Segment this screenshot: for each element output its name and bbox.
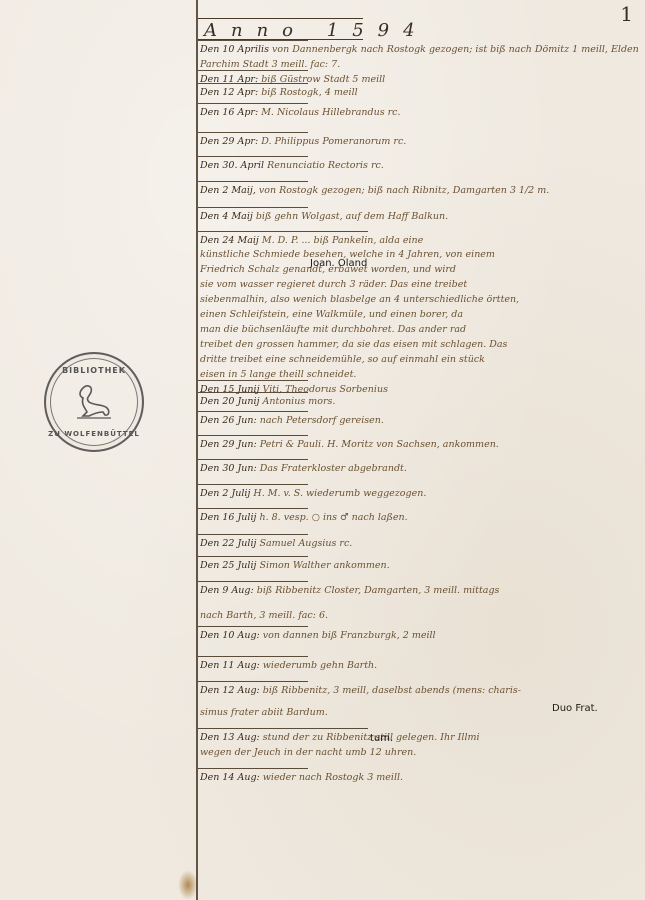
entry-text: eisen in 5 lange theill schneidet. xyxy=(200,369,356,380)
entry-rule xyxy=(198,581,308,582)
entry-rule xyxy=(198,411,308,412)
library-stamp: BIBLIOTHEK ZU WOLFENBÜTTEL xyxy=(44,352,144,452)
marginal-gloss: tum. xyxy=(370,733,393,744)
entry-text: biß Ribbenitz, 3 meill, daselbst abends … xyxy=(263,685,521,696)
stamp-text-bottom: ZU WOLFENBÜTTEL xyxy=(46,430,142,438)
entry-date: Den 10 Aprilis xyxy=(200,44,272,55)
entry-text: M. D. P. ... biß Pankelin, alda eine xyxy=(262,235,423,246)
diary-entry: Den 29 Apr: D. Philippus Pomeranorum rc. xyxy=(200,134,639,149)
diary-entry: man die büchsenläufte mit durchbohret. D… xyxy=(200,322,639,337)
entry-date: Den 29 Jun: xyxy=(200,439,260,450)
diary-entry: Den 2 Maij, von Rostogk gezogen; biß nac… xyxy=(200,183,639,198)
entry-text: von Rostogk gezogen; biß nach Ribnitz, D… xyxy=(259,185,549,196)
entry-date: Den 2 Julij xyxy=(200,488,253,499)
diary-entry: Den 30 Jun: Das Fraterkloster abgebrandt… xyxy=(200,461,639,476)
entry-date: Den 11 Aug: xyxy=(200,660,263,671)
binding-stain xyxy=(178,870,198,900)
diary-entry: Den 29 Jun: Petri & Pauli. H. Moritz von… xyxy=(200,437,639,452)
diary-entry: Den 12 Aug: biß Ribbenitz, 3 meill, dase… xyxy=(200,683,639,698)
entry-date: Den 20 Junij xyxy=(200,396,263,407)
entry-date: Den 16 Julij xyxy=(200,512,259,523)
entry-date: Den 30 Jun: xyxy=(200,463,260,474)
diary-entry: sie vom wasser regieret durch 3 räder. D… xyxy=(200,277,639,292)
diary-entry: Den 11 Aug: wiederumb gehn Barth. xyxy=(200,658,639,673)
entry-text: sie vom wasser regieret durch 3 räder. D… xyxy=(200,279,467,290)
entry-text: H. M. v. S. wiederumb weggezogen. xyxy=(253,488,426,499)
diary-entry: wegen der Jeuch in der nacht umb 12 uhre… xyxy=(200,745,639,760)
entry-rule xyxy=(198,40,308,41)
entry-date: Den 29 Apr: xyxy=(200,136,261,147)
entry-text: nach Barth, 3 meill. fac: 6. xyxy=(200,610,328,621)
entry-text: wiederumb gehn Barth. xyxy=(263,660,377,671)
entry-rule xyxy=(198,132,308,133)
entry-rule xyxy=(198,83,308,84)
entry-date: Den 4 Maij xyxy=(200,211,256,222)
entry-text: man die büchsenläufte mit durchbohret. D… xyxy=(200,324,466,335)
stamp-text-top: BIBLIOTHEK xyxy=(46,366,142,375)
diary-entry: Den 16 Julij h. 8. vesp. ○ ins ♂ nach la… xyxy=(200,510,639,525)
entry-date: Den 10 Aug: xyxy=(200,630,263,641)
horse-icon xyxy=(73,382,115,422)
entry-text: nach Petersdorf gereisen. xyxy=(260,415,384,426)
entry-rule xyxy=(198,728,368,729)
diary-entry: Den 20 Junij Antonius mors. xyxy=(200,394,639,409)
entry-text: wieder nach Rostogk 3 meill. xyxy=(263,772,403,783)
entry-text: wegen der Jeuch in der nacht umb 12 uhre… xyxy=(200,747,416,758)
entry-rule xyxy=(198,103,308,104)
entry-date: Den 24 Maij xyxy=(200,235,262,246)
entry-rule xyxy=(198,207,308,208)
entry-rule xyxy=(198,156,308,157)
entry-text: von Dannenbergk nach Rostogk gezogen; is… xyxy=(272,44,639,55)
diary-entry: Den 4 Maij biß gehn Wolgast, auf dem Haf… xyxy=(200,209,639,224)
entry-date: Den 30. April xyxy=(200,160,267,171)
entry-rule xyxy=(198,768,308,769)
entry-date: Den 25 Julij xyxy=(200,560,259,571)
diary-entry: Den 9 Aug: biß Ribbenitz Closter, Damgar… xyxy=(200,583,639,598)
entry-rule xyxy=(198,231,368,232)
entry-rule xyxy=(198,392,308,393)
diary-entry: Den 16 Apr: M. Nicolaus Hillebrandus rc. xyxy=(200,105,639,120)
entry-text: D. Philippus Pomeranorum rc. xyxy=(261,136,406,147)
entry-rule xyxy=(198,181,308,182)
entry-rule xyxy=(198,70,308,71)
diary-entry: Den 13 Aug: stund der zu Ribbenitz still… xyxy=(200,730,639,745)
entry-text: biß Rostogk, 4 meill xyxy=(261,87,357,98)
entry-text: Simon Walther ankommen. xyxy=(259,560,389,571)
entry-rule xyxy=(198,508,308,509)
entry-rule xyxy=(198,484,308,485)
diary-entry: Den 10 Aprilis von Dannenbergk nach Rost… xyxy=(200,42,639,57)
diary-entry: Den 10 Aug: von dannen biß Franzburgk, 2… xyxy=(200,628,639,643)
entry-date: Den 13 Aug: xyxy=(200,732,263,743)
diary-entry: dritte treibet eine schneidemühle, so au… xyxy=(200,352,639,367)
diary-entry: Den 25 Julij Simon Walther ankommen. xyxy=(200,558,639,573)
entry-date: Den 12 Apr: xyxy=(200,87,261,98)
page-number: 1 xyxy=(620,2,633,26)
entry-text: Renunciatio Rectoris rc. xyxy=(267,160,384,171)
diary-entry: Den 14 Aug: wieder nach Rostogk 3 meill. xyxy=(200,770,639,785)
diary-entry: Den 2 Julij H. M. v. S. wiederumb weggez… xyxy=(200,486,639,501)
diary-entry: treibet den grossen hammer, da sie das e… xyxy=(200,337,639,352)
entry-text: siebenmalhin, also wenich blasbelge an 4… xyxy=(200,294,519,305)
entry-text: simus frater abiit Bardum. xyxy=(200,707,328,718)
entry-text: treibet den grossen hammer, da sie das e… xyxy=(200,339,507,350)
entry-date: Den 12 Aug: xyxy=(200,685,263,696)
diary-entry: siebenmalhin, also wenich blasbelge an 4… xyxy=(200,292,639,307)
entry-rule xyxy=(198,681,308,682)
entry-date: Den 22 Julij xyxy=(200,538,259,549)
entry-text: h. 8. vesp. ○ ins ♂ nach laßen. xyxy=(259,512,407,523)
entry-text: Samuel Augsius rc. xyxy=(259,538,352,549)
entry-rule xyxy=(198,459,308,460)
diary-entry: Den 22 Julij Samuel Augsius rc. xyxy=(200,536,639,551)
entry-text: biß Ribbenitz Closter, Damgarten, 3 meil… xyxy=(257,585,500,596)
diary-entry: einen Schleifstein, eine Walkmüle, und e… xyxy=(200,307,639,322)
diary-entry: nach Barth, 3 meill. fac: 6. xyxy=(200,608,639,623)
entry-text: Das Fraterkloster abgebrandt. xyxy=(260,463,407,474)
entry-date: Den 26 Jun: xyxy=(200,415,260,426)
entry-text: Antonius mors. xyxy=(263,396,336,407)
diary-entry: Den 26 Jun: nach Petersdorf gereisen. xyxy=(200,413,639,428)
entry-rule xyxy=(198,435,308,436)
marginal-gloss: Duo Frat. xyxy=(552,703,598,714)
diary-entry: Den 24 Maij M. D. P. ... biß Pankelin, a… xyxy=(200,233,639,248)
diary-entry: künstliche Schmiede besehen, welche in 4… xyxy=(200,247,639,262)
diary-entry: Den 12 Apr: biß Rostogk, 4 meill xyxy=(200,85,639,100)
entry-text: von dannen biß Franzburgk, 2 meill xyxy=(263,630,436,641)
manuscript-page: 1 Anno 1594 BIBLIOTHEK ZU WOLFENBÜTTEL D… xyxy=(0,0,645,900)
entry-text: dritte treibet eine schneidemühle, so au… xyxy=(200,354,485,365)
entry-rule xyxy=(198,656,308,657)
entry-text: einen Schleifstein, eine Walkmüle, und e… xyxy=(200,309,463,320)
entry-date: Den 9 Aug: xyxy=(200,585,257,596)
entry-rule xyxy=(198,626,308,627)
entry-rule xyxy=(198,380,308,381)
entry-text: M. Nicolaus Hillebrandus rc. xyxy=(261,107,400,118)
entry-date: Den 16 Apr: xyxy=(200,107,261,118)
entry-rule xyxy=(198,556,308,557)
year-heading: Anno 1594 xyxy=(204,20,429,41)
entry-text: Petri & Pauli. H. Moritz von Sachsen, an… xyxy=(260,439,499,450)
entry-date: Den 14 Aug: xyxy=(200,772,263,783)
diary-entry: Friedrich Schalz genandt, erbawet worden… xyxy=(200,262,639,277)
diary-entry: Den 30. April Renunciatio Rectoris rc. xyxy=(200,158,639,173)
entry-date: Den 2 Maij, xyxy=(200,185,259,196)
entry-rule xyxy=(198,534,308,535)
entry-text: biß gehn Wolgast, auf dem Haff Balkun. xyxy=(256,211,448,222)
marginal-gloss: Joan. Oland xyxy=(310,258,367,269)
margin-rule xyxy=(196,0,198,900)
entry-text: Parchim Stadt 3 meill. fac: 7. xyxy=(200,59,340,70)
